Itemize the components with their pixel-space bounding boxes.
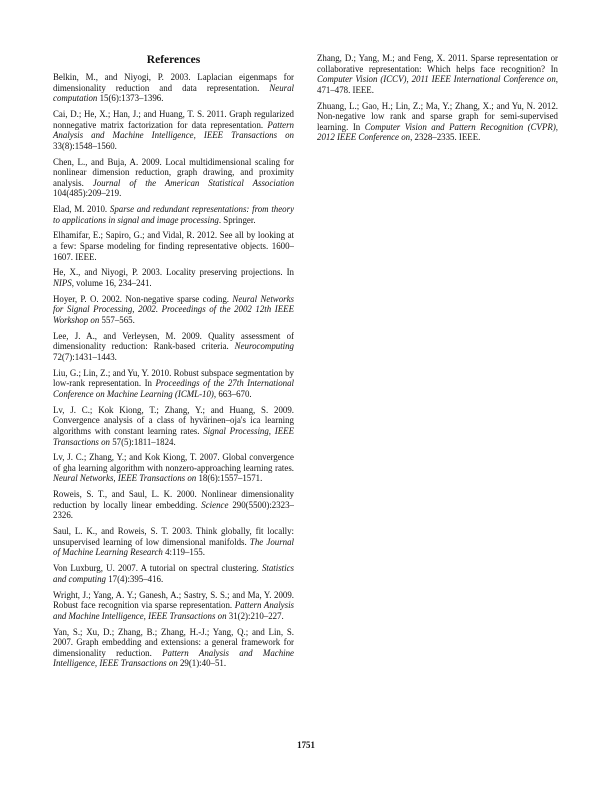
reference-list-left: Belkin, M., and Niyogi, P. 2003. Laplaci… — [53, 72, 294, 669]
reference-entry: He, X., and Niyogi, P. 2003. Locality pr… — [53, 267, 294, 288]
reference-text: Elhamifar, E.; Sapiro, G.; and Vidal, R.… — [53, 230, 294, 261]
reference-entry: Saul, L. K., and Roweis, S. T. 2003. Thi… — [53, 526, 294, 558]
reference-text: Von Luxburg, U. 2007. A tutorial on spec… — [53, 563, 262, 573]
reference-text: Lv, J. C.; Zhang, Y.; and Kok Kiong, T. … — [53, 452, 294, 473]
reference-list-right: Zhang, D.; Yang, M.; and Feng, X. 2011. … — [317, 53, 558, 143]
reference-venue: Journal of the American Statistical Asso… — [93, 178, 294, 188]
references-heading: References — [53, 53, 294, 67]
reference-entry: Yan, S.; Xu, D.; Zhang, B.; Zhang, H.-J.… — [53, 627, 294, 669]
reference-pages: 17(4):395–416. — [106, 574, 163, 584]
reference-pages: , 663–670. — [214, 389, 252, 399]
references-left-column: References Belkin, M., and Niyogi, P. 20… — [53, 53, 294, 674]
reference-venue: NIPS — [53, 278, 72, 288]
reference-venue: Neural Networks, IEEE Transactions on — [53, 473, 196, 483]
reference-entry: Lv, J. C.; Kok Kiong, T.; Zhang, Y.; and… — [53, 405, 294, 447]
reference-entry: Belkin, M., and Niyogi, P. 2003. Laplaci… — [53, 72, 294, 104]
reference-text: He, X., and Niyogi, P. 2003. Locality pr… — [53, 267, 294, 277]
reference-entry: Zhuang, L.; Gao, H.; Lin, Z.; Ma, Y.; Zh… — [317, 101, 558, 143]
reference-entry: Chen, L., and Buja, A. 2009. Local multi… — [53, 157, 294, 199]
reference-pages: 104(485):209–219. — [53, 188, 121, 198]
reference-pages: 72(7):1431–1443. — [53, 352, 117, 362]
reference-venue: Science — [201, 500, 228, 510]
reference-entry: Von Luxburg, U. 2007. A tutorial on spec… — [53, 563, 294, 584]
reference-pages: 31(2):210–227. — [227, 611, 284, 621]
reference-entry: Elhamifar, E.; Sapiro, G.; and Vidal, R.… — [53, 230, 294, 262]
page-number: 1751 — [0, 740, 612, 750]
reference-entry: Lee, J. A., and Verleysen, M. 2009. Qual… — [53, 331, 294, 363]
reference-pages: 15(6):1373–1396. — [97, 93, 163, 103]
reference-entry: Liu, G.; Lin, Z.; and Yu, Y. 2010. Robus… — [53, 368, 294, 400]
reference-pages: 57(5):1811–1824. — [110, 437, 176, 447]
reference-pages: 29(1):40–51. — [178, 658, 226, 668]
reference-entry: Cai, D.; He, X.; Han, J.; and Huang, T. … — [53, 109, 294, 151]
reference-pages: . Springer. — [219, 215, 256, 225]
reference-text: Hoyer, P. O. 2002. Non-negative sparse c… — [53, 294, 232, 304]
reference-venue: Neurocomputing — [235, 341, 294, 351]
reference-pages: 33(8):1548–1560. — [53, 141, 117, 151]
reference-entry: Hoyer, P. O. 2002. Non-negative sparse c… — [53, 294, 294, 326]
reference-text: Zhang, D.; Yang, M.; and Feng, X. 2011. … — [317, 53, 558, 74]
reference-text: Cai, D.; He, X.; Han, J.; and Huang, T. … — [53, 109, 294, 130]
reference-pages: , 2328–2335. IEEE. — [410, 132, 480, 142]
reference-text: Belkin, M., and Niyogi, P. 2003. Laplaci… — [53, 72, 294, 93]
reference-text: Elad, M. 2010. — [53, 204, 110, 214]
reference-pages: 557–565. — [99, 315, 135, 325]
reference-pages: 4:119–155. — [163, 547, 205, 557]
reference-entry: Roweis, S. T., and Saul, L. K. 2000. Non… — [53, 489, 294, 521]
reference-pages: 18(6):1557–1571. — [196, 473, 262, 483]
reference-entry: Lv, J. C.; Zhang, Y.; and Kok Kiong, T. … — [53, 452, 294, 484]
reference-pages: , volume 16, 234–241. — [72, 278, 152, 288]
reference-entry: Elad, M. 2010. Sparse and redundant repr… — [53, 204, 294, 225]
references-right-column: Zhang, D.; Yang, M.; and Feng, X. 2011. … — [317, 53, 558, 148]
reference-entry: Wright, J.; Yang, A. Y.; Ganesh, A.; Sas… — [53, 590, 294, 622]
reference-entry: Zhang, D.; Yang, M.; and Feng, X. 2011. … — [317, 53, 558, 95]
reference-venue: Computer Vision (ICCV), 2011 IEEE Intern… — [317, 74, 556, 84]
